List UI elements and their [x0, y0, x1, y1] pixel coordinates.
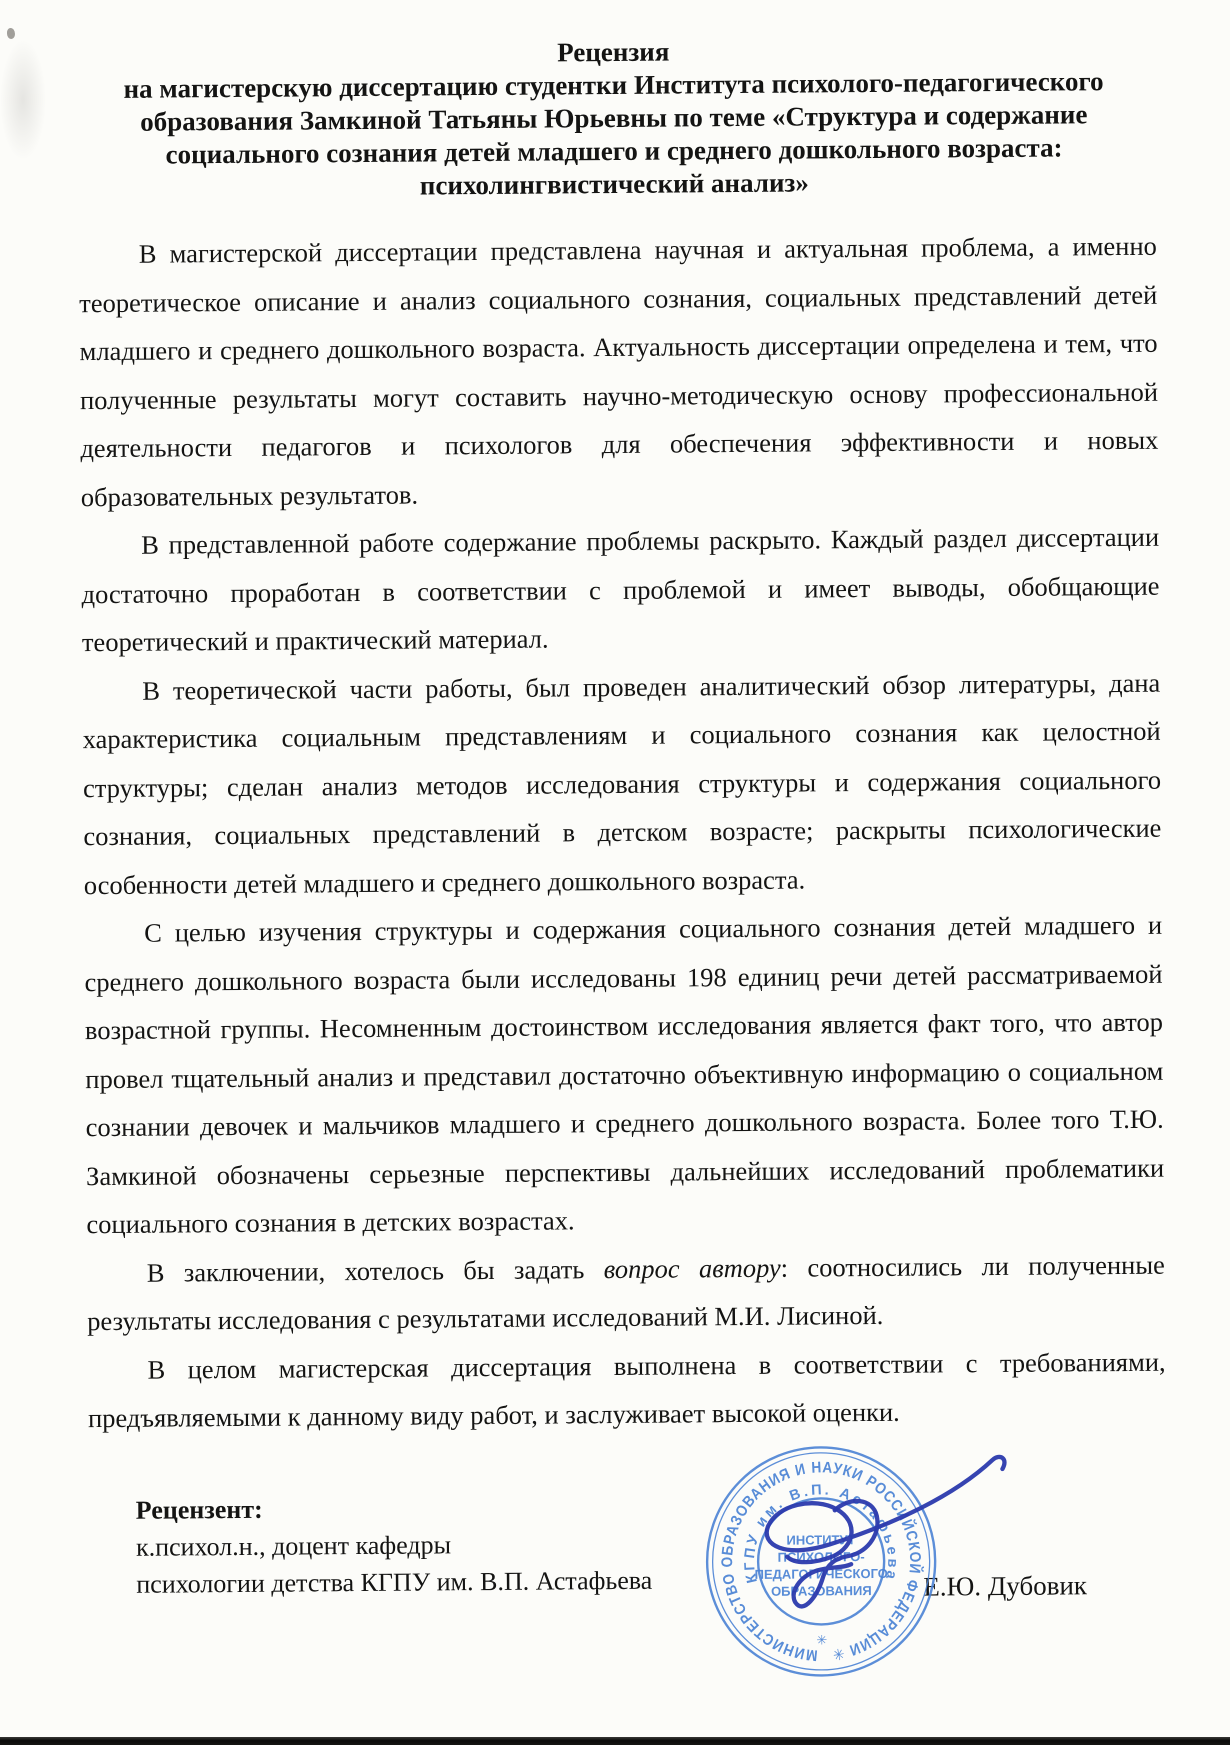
paragraph: С целью изучения структуры и содержания … — [84, 901, 1165, 1249]
scan-smudge-artifact — [0, 40, 46, 160]
reviewer-block: Рецензент: к.психол.н., доцент кафедры п… — [136, 1488, 653, 1603]
reviewer-affiliation-line: психологии детства КГПУ им. В.П. Астафье… — [136, 1562, 652, 1603]
scan-edge-artifact — [0, 1737, 1230, 1745]
document-title: Рецензия на магистерскую диссертацию сту… — [63, 32, 1164, 206]
seal-star-mark: ✳ — [816, 1632, 827, 1647]
italic-phrase: вопрос автору — [604, 1252, 781, 1283]
scanned-review-page: Рецензия на магистерскую диссертацию сту… — [0, 0, 1230, 1745]
scanned-content: Рецензия на магистерскую диссертацию сту… — [0, 0, 1230, 1745]
paragraph: В представленной работе содержание пробл… — [81, 513, 1160, 667]
official-seal-stamp: МИНИСТЕРСТВО ОБРАЗОВАНИЯ И НАУКИ РОССИЙС… — [664, 1377, 1027, 1710]
seal-graphic: МИНИСТЕРСТВО ОБРАЗОВАНИЯ И НАУКИ РОССИЙС… — [664, 1377, 1027, 1710]
reviewer-degree-line: к.психол.н., доцент кафедры — [136, 1525, 652, 1566]
reviewer-label: Рецензент: — [136, 1488, 652, 1529]
scan-speck-artifact — [7, 28, 15, 39]
paragraph-lead: В заключении, хотелось бы задать — [147, 1254, 604, 1288]
seal-institute-text: ИНСТИТУТ ПСИХОЛОГО- ПЕДАГОГИЧЕСКОГО ОБРА… — [754, 1532, 888, 1599]
paragraph: В теоретической части работы, был провед… — [82, 658, 1162, 909]
document-body: В магистерской диссертации представлена … — [79, 222, 1166, 1443]
paragraph: В заключении, хотелось бы задать вопрос … — [87, 1240, 1166, 1345]
paragraph: В магистерской диссертации представлена … — [79, 222, 1159, 521]
